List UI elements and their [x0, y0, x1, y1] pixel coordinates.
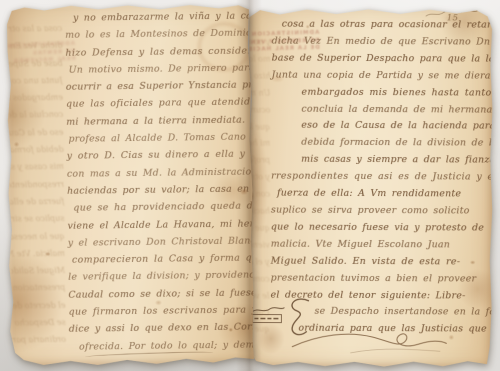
handwritten-line: que lo necesario fuese via y protesto de — [271, 219, 485, 237]
ghost-line: suplico se sirva proveer como solicito — [10, 210, 64, 228]
handwritten-line: que las oficiales para que atendida — [66, 94, 246, 113]
handwritten-line: ocurrir a esa Superior Ynstancia pre- — [66, 77, 246, 96]
handwritten-line: dice y assi lo que dexo en las Correccio… — [69, 319, 249, 338]
handwritten-line: comparecieron la Casa y forma que se — [72, 250, 248, 269]
manuscript-right-page: y no embarazarme la viña y la casa co-mo… — [246, 6, 494, 368]
handwritten-line: que se ha providenciado queda dicho que — [73, 198, 247, 217]
ghost-line: eso de la Causa de la hacienda para la — [9, 124, 63, 142]
ghost-line: ordinaria para que las Justicias que — [12, 331, 66, 349]
bleedthrough-writing-left-margin: cosa a las otras para ocasionar el retar… — [8, 20, 66, 355]
ghost-line: malicia. Vte Miguel Escolano Juan — [11, 245, 65, 263]
ghost-line: concluia la demanda de mi hermana, y — [9, 106, 63, 124]
handwritten-line: mi hermana a la tierra inmediata. Se — [66, 111, 246, 130]
handwritten-text-left: y no embarazarme la viña y la casa co-mo… — [65, 8, 249, 356]
handwritten-line: dicha Vez En medio de que Escrivano Dn l… — [272, 33, 486, 51]
ghost-line: que lo necesario fuese via y protesto de — [11, 227, 65, 245]
ghost-line: y no embarazarme la viña y la casa co- — [249, 34, 271, 51]
handwritten-line: Caudal como se dixo; si se la fuesen — [68, 284, 248, 303]
handwritten-line: con mas a su Md. la Administracion, y la… — [67, 163, 247, 182]
manuscript-left-page: cosa a las otras para ocasionar el retar… — [5, 2, 255, 368]
left-sheet: cosa a las otras para ocasionar el retar… — [5, 2, 255, 368]
handwritten-line: mis casas y siempre a dar las fianzas co… — [301, 152, 485, 170]
right-sheet: y no embarazarme la viña y la casa co-mo… — [246, 6, 494, 368]
handwritten-line: embargados mis bienes hasta tanto que se — [301, 84, 485, 102]
ghost-line: se Despacho insertandose en la forma — [12, 314, 66, 332]
handwritten-line: malicia. Vte Miguel Escolano Juan — [271, 236, 485, 254]
ghost-line: dicha Vez En medio de que Escrivano Dn l… — [8, 37, 62, 55]
handwritten-line: suplico se sirva proveer como solicito — [271, 203, 485, 221]
handwritten-line: y no embarazarme la viña y la casa co- — [73, 8, 245, 27]
handwritten-line: fuerza de ella: A Vm rendidamente — [277, 186, 485, 204]
ghost-line: fuerza de ella: A Vm rendidamente — [10, 193, 64, 211]
ghost-line: base de Superior Despacho para que la la — [8, 54, 62, 72]
handwritten-line: Miguel Salido. En vista de esta re- — [271, 253, 485, 271]
handwritten-line: eso de la Causa de la hacienda para la — [301, 118, 485, 136]
handwritten-line: profesa al Alcalde D. Tomas Cano el Pe- — [68, 129, 246, 148]
handwritten-line: mo lo es la Montesinos de Dominio a la — [65, 25, 245, 44]
handwritten-line: hizo Defensa y las demas consideraciones — [65, 42, 245, 61]
handwritten-line: debida formacion de la division de biene… — [301, 135, 485, 153]
handwritten-line: concluia la demanda de mi hermana, y — [301, 101, 485, 119]
ghost-line: rrespondientes que asi es de Justicia y … — [10, 175, 64, 193]
handwritten-line: el decreto del tenor siguiente: Libre- — [270, 287, 484, 305]
handwritten-line: cosa a las otras para ocasionar el retar… — [282, 17, 486, 35]
ghost-line: cosa a las otras para ocasionar el retar… — [8, 20, 62, 38]
ghost-line: el decreto del tenor siguiente: Libre- — [11, 297, 65, 315]
handwritten-line: ordinaria para que las Justicias que — [298, 321, 484, 339]
handwritten-line: y otro D. Cias su dinero a ella y que Di… — [67, 146, 247, 165]
photo-of-manuscript: cosa a las otras para ocasionar el retar… — [0, 0, 500, 371]
handwritten-line: base de Superior Despacho para que la la — [272, 50, 486, 68]
handwritten-line: le verifique la division; y providencia … — [68, 267, 248, 286]
handwritten-line: que firmaron los escrivanos para y se — [68, 302, 248, 321]
ghost-line: presentacion tuvimos a bien el proveer — [11, 279, 65, 297]
handwritten-line: Junta una copia de Partida y se me diera — [271, 67, 485, 85]
handwritten-line: rrespondientes que asi es de Justicia y … — [271, 169, 485, 187]
ghost-line: debida formacion de la division de biene… — [9, 141, 63, 159]
handwritten-line: se Despacho insertandose en la forma — [314, 304, 484, 322]
ghost-line: mo lo es la Montesinos de Dominio a la — [249, 51, 271, 68]
handwritten-line: Un motivo mismo. De primero para yo — [68, 59, 245, 78]
handwritten-line: presentacion tuvimos a bien el proveer — [271, 270, 485, 288]
handwritten-text-right: cosa a las otras para ocasionar el retar… — [270, 17, 485, 339]
ghost-line: Junta una copia de Partida y se me diera — [9, 72, 63, 90]
handwritten-line: y el escrivano Don Christoval Blanco — [68, 232, 248, 251]
handwritten-line: haciendas por su valor; la casa en la — [67, 181, 247, 200]
ghost-line: mis casas y siempre a dar las fianzas co… — [10, 158, 64, 176]
ghost-line: Miguel Salido. En vista de esta re- — [11, 262, 65, 280]
handwritten-line: viene el Alcalde La Havana, mi hermano — [67, 215, 247, 234]
ghost-line: embargados mis bienes hasta tanto que se — [9, 89, 63, 107]
